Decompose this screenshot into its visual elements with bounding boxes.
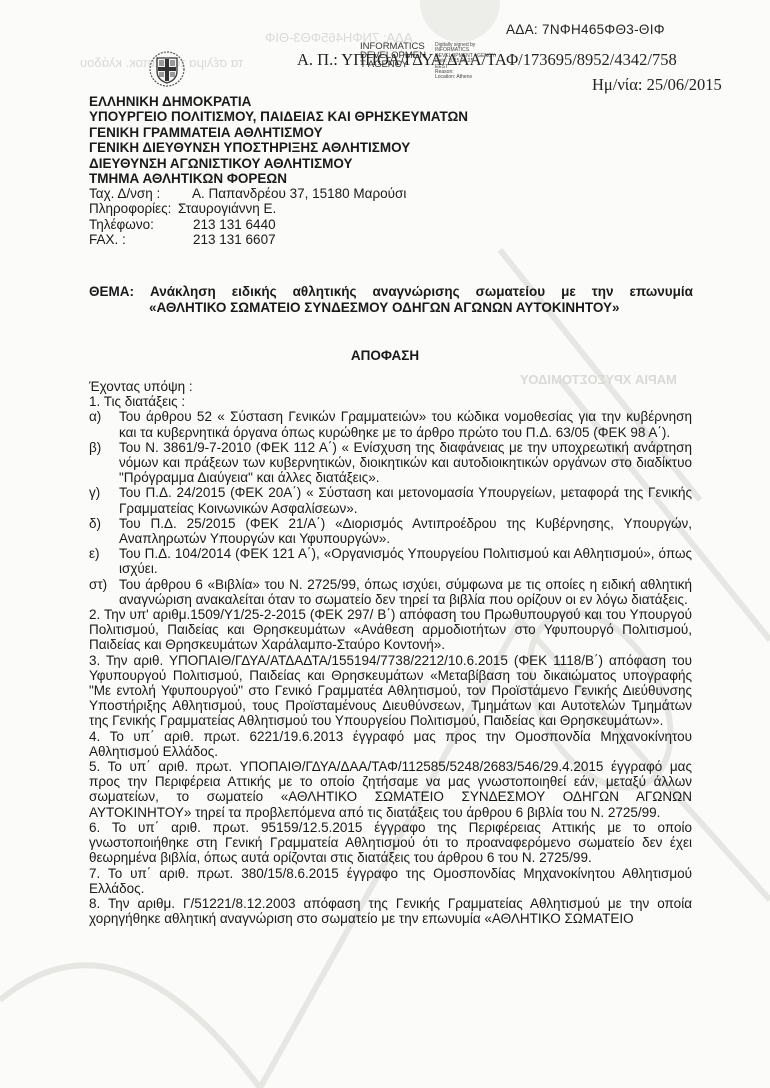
- subject-word: με: [561, 284, 576, 300]
- subject-word: αθλητικής: [293, 284, 357, 300]
- org-line: ΓΕΝΙΚΗ ΔΙΕΥΘΥΝΣΗ ΥΠΟΣΤΗΡΙΞΗΣ ΑΘΛΗΤΙΣΜΟΥ: [89, 140, 468, 155]
- paragraph: 6. Το υπ΄ αριθ. πρωτ. 95159/12.5.2015 έγ…: [89, 820, 692, 866]
- organization-header: ΕΛΛΗΝΙΚΗ ΔΗΜΟΚΡΑΤΙΑ ΥΠΟΥΡΓΕΙΟ ΠΟΛΙΤΙΣΜΟΥ…: [89, 94, 468, 186]
- paragraph: 2. Την υπ' αριθμ.1509/Υ1/25-2-2015 (ΦΕΚ …: [89, 607, 692, 653]
- digital-signature-agency[interactable]: INFORMATICS DEVELOPMEN T AGENCY: [360, 42, 440, 69]
- address-label: Ταχ. Δ/νση :: [89, 186, 192, 201]
- paragraph: 5. Το υπ΄ αριθ. πρωτ. ΥΠΟΠΑΙΘ/ΓΔΥΑ/ΔΑΑ/Τ…: [89, 759, 692, 820]
- subject-line-2: «ΑΘΛΗΤΙΚΟ ΣΩΜΑΤΕΙΟ ΣΥΝΔΕΣΜΟΥ ΟΔΗΓΩΝ ΑΓΩΝ…: [89, 300, 693, 316]
- info-row: Πληροφορίες: Σταυρογιάννη Ε.: [89, 201, 406, 216]
- info-label: Πληροφορίες:: [89, 201, 178, 216]
- provision-item: ε) Του Π.Δ. 104/2014 (ΦΕΚ 121 Α΄), «Οργα…: [89, 546, 692, 576]
- org-line: ΓΕΝΙΚΗ ΓΡΑΜΜΑΤΕΙΑ ΑΘΛΗΤΙΣΜΟΥ: [89, 125, 468, 140]
- provision-text: Του άρθρου 6 «Βιβλία» του Ν. 2725/99, όπ…: [119, 577, 692, 607]
- document-date: Ημ/νία: 25/06/2015: [592, 75, 722, 95]
- provision-text: Του Π.Δ. 104/2014 (ΦΕΚ 121 Α΄), «Οργανισ…: [119, 546, 692, 576]
- ada-code: ΑΔΑ: 7ΝΦΗ465ΦΘ3-ΘΙΦ: [506, 22, 665, 37]
- document-body: Έχοντας υπόψη : 1. Τις διατάξεις : α) Το…: [89, 379, 692, 926]
- phone-value: 213 131 6440: [193, 217, 276, 232]
- address-row: Ταχ. Δ/νση : Α. Παπανδρέου 37, 15180 Μαρ…: [89, 186, 406, 201]
- subject-word: αναγνώρισης: [373, 284, 460, 300]
- subject-word: σωματείου: [476, 284, 545, 300]
- subject-line-1: ΘΕΜΑ: Ανάκληση ειδικής αθλητικής αναγνώρ…: [89, 284, 693, 300]
- org-line: ΥΠΟΥΡΓΕΙΟ ΠΟΛΙΤΙΣΜΟΥ, ΠΑΙΔΕΙΑΣ ΚΑΙ ΘΡΗΣΚ…: [89, 109, 468, 124]
- subject-word: ειδικής: [232, 284, 277, 300]
- provision-item: α) Του άρθρου 52 « Σύσταση Γενικών Γραμμ…: [89, 409, 692, 439]
- intro: Έχοντας υπόψη :: [89, 379, 692, 394]
- provision-marker: δ): [89, 516, 119, 546]
- greek-coat-of-arms-icon: [147, 49, 187, 89]
- fax-row: FAX. : 213 131 6607: [89, 232, 406, 247]
- provision-marker: α): [89, 409, 119, 439]
- phone-row: Τηλέφωνο: 213 131 6440: [89, 217, 406, 232]
- org-line: ΕΛΛΗΝΙΚΗ ΔΗΜΟΚΡΑΤΙΑ: [89, 94, 468, 109]
- digital-signature-details: Digitally signed by INFORMATICS DEVELOPM…: [435, 43, 495, 81]
- org-line: ΤΜΗΜΑ ΑΘΛΗΤΙΚΩΝ ΦΟΡΕΩΝ: [89, 171, 468, 186]
- paragraph: 8. Την αριθμ. Γ/51221/8.12.2003 απόφαση …: [89, 896, 692, 926]
- subject-word: επωνυμία: [629, 284, 692, 300]
- provision-item: δ) Του Π.Δ. 25/2015 (ΦΕΚ 21/Α΄) «Διορισμ…: [89, 516, 692, 546]
- provision-text: Του Ν. 3861/9-7-2010 (ΦΕΚ 112 Α΄) « Ενίσ…: [119, 440, 692, 486]
- provision-item: στ) Του άρθρου 6 «Βιβλία» του Ν. 2725/99…: [89, 577, 692, 607]
- provision-marker: ε): [89, 546, 119, 576]
- fax-label: FAX. :: [89, 232, 193, 247]
- subject: ΘΕΜΑ: Ανάκληση ειδικής αθλητικής αναγνώρ…: [89, 284, 693, 315]
- provision-text: Του Π.Δ. 24/2015 (ΦΕΚ 20Α΄) « Σύσταση κα…: [119, 485, 692, 515]
- address-value: Α. Παπανδρέου 37, 15180 Μαρούσι: [192, 186, 406, 201]
- provision-item: β) Του Ν. 3861/9-7-2010 (ΦΕΚ 112 Α΄) « Ε…: [89, 440, 692, 486]
- provision-text: Του Π.Δ. 25/2015 (ΦΕΚ 21/Α΄) «Διορισμός …: [119, 516, 692, 546]
- org-line: ΔΙΕΥΘΥΝΣΗ ΑΓΩΝΙΣΤΙΚΟΥ ΑΘΛΗΤΙΣΜΟΥ: [89, 156, 468, 171]
- paragraph: 4. Το υπ΄ αριθ. πρωτ. 6221/19.6.2013 έγγ…: [89, 729, 692, 759]
- subject-word: την: [592, 284, 614, 300]
- phone-label: Τηλέφωνο:: [89, 217, 193, 232]
- subject-word: Ανάκληση: [150, 284, 216, 300]
- subject-label: ΘΕΜΑ:: [89, 284, 134, 300]
- contact-info: Ταχ. Δ/νση : Α. Παπανδρέου 37, 15180 Μαρ…: [89, 186, 406, 248]
- fax-value: 213 131 6607: [193, 232, 276, 247]
- provision-marker: γ): [89, 485, 119, 515]
- paragraph: 7. Το υπ΄ αριθ. πρωτ. 380/15/8.6.2015 έγ…: [89, 866, 692, 896]
- provision-item: γ) Του Π.Δ. 24/2015 (ΦΕΚ 20Α΄) « Σύσταση…: [89, 485, 692, 515]
- provision-marker: β): [89, 440, 119, 486]
- provision-marker: στ): [89, 577, 119, 607]
- provision-text: Του άρθρου 52 « Σύσταση Γενικών Γραμματε…: [119, 409, 692, 439]
- paragraph: 3. Την αριθ. ΥΠΟΠΑΙΘ/ΓΔΥΑ/ΑΤΔΑΔΤΑ/155194…: [89, 653, 692, 729]
- provisions-heading: 1. Τις διατάξεις :: [89, 394, 692, 409]
- info-value: Σταυρογιάννη Ε.: [178, 201, 276, 216]
- decision-title: ΑΠΟΦΑΣΗ: [0, 348, 770, 363]
